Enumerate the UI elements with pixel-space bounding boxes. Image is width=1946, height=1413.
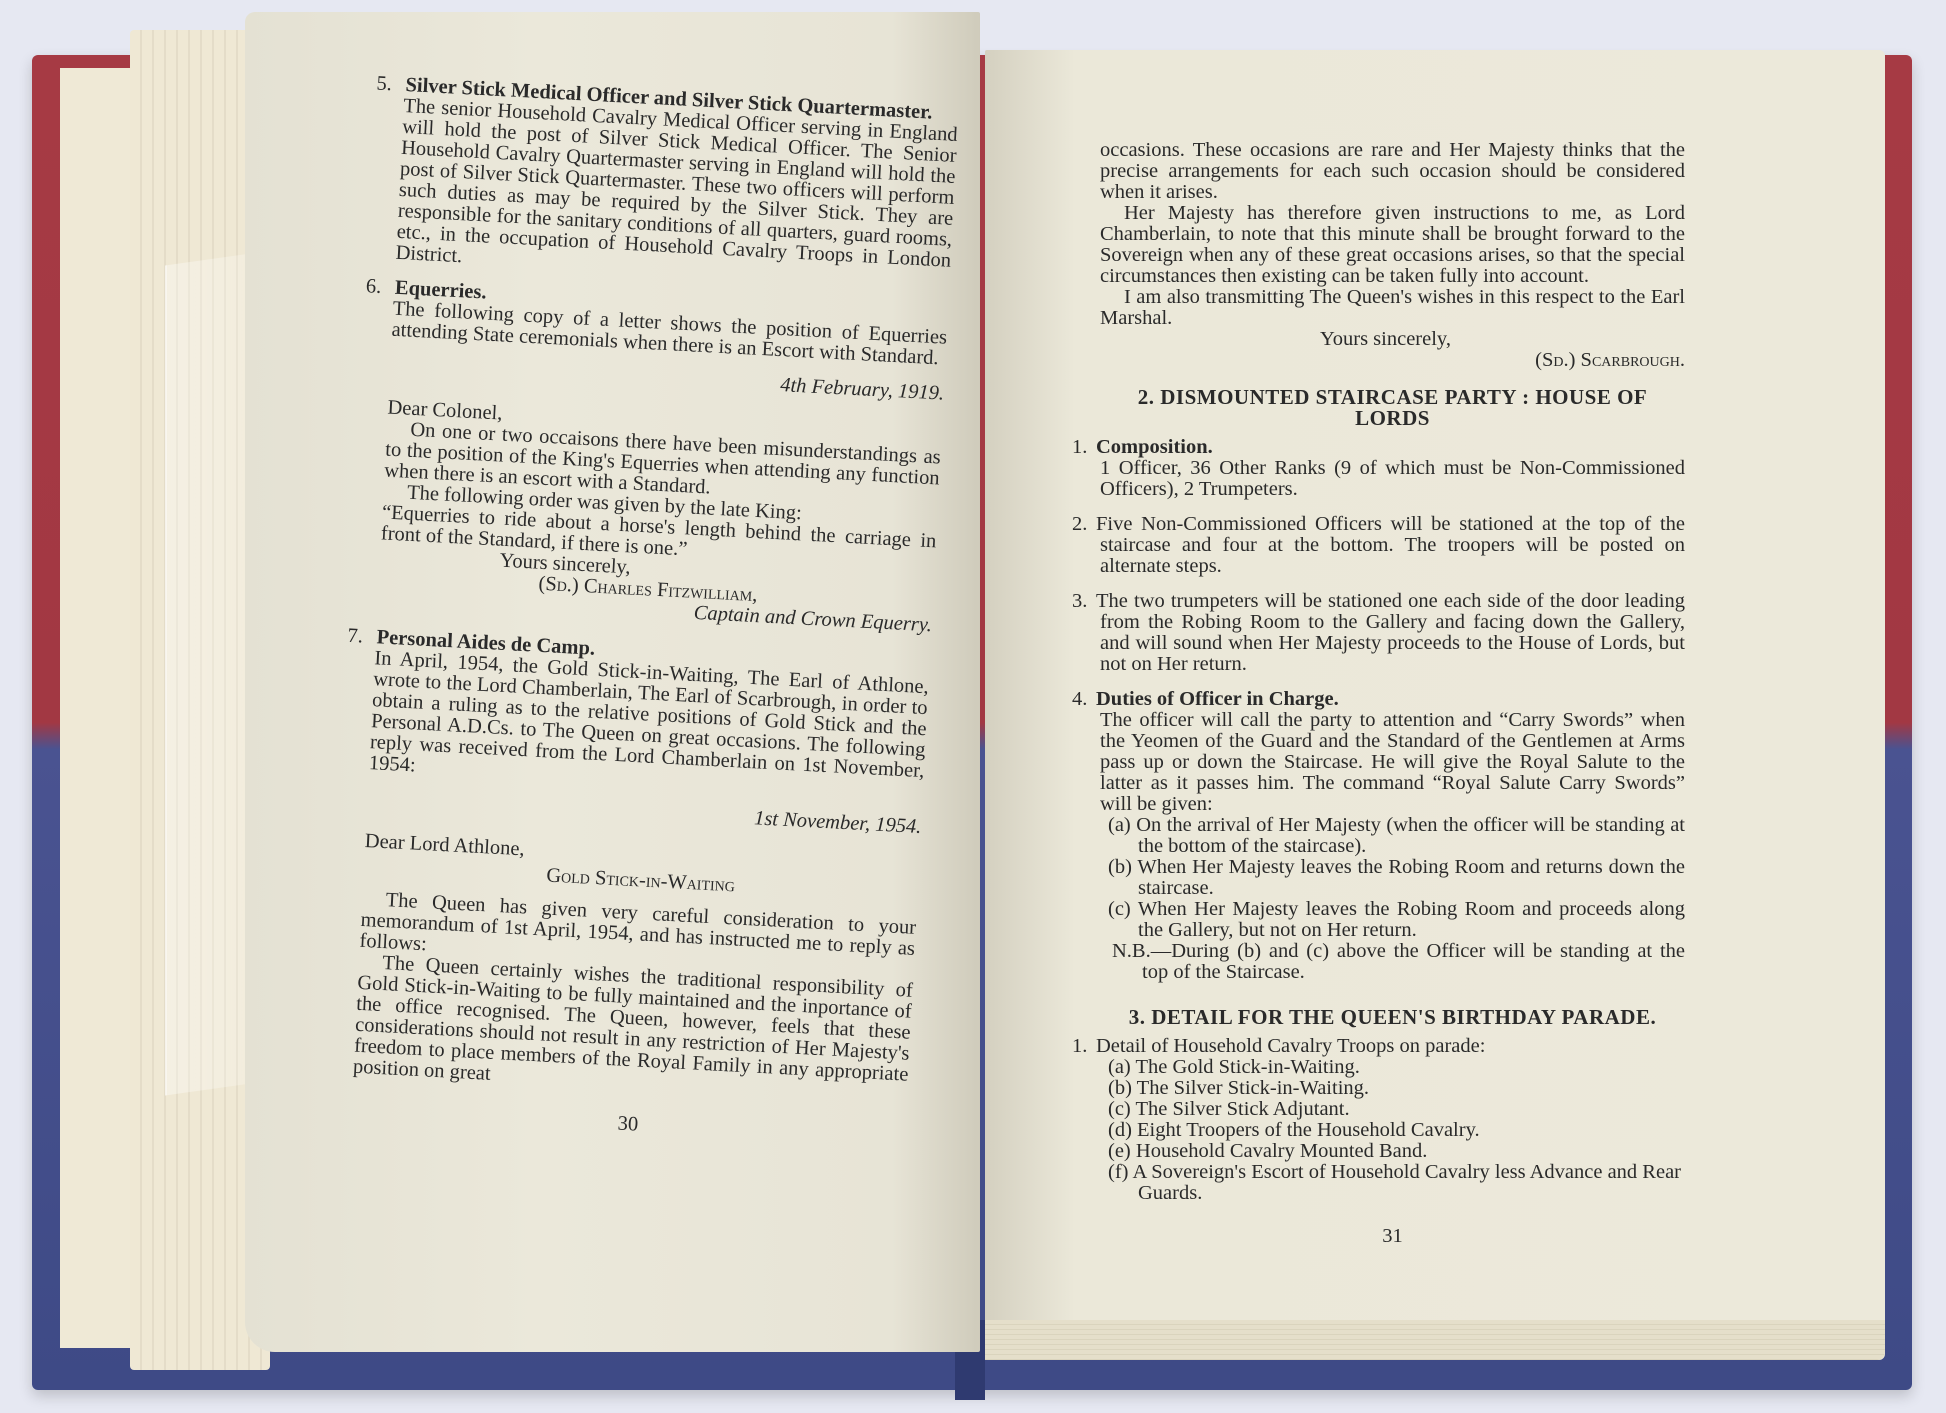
subitem-text: The Gold Stick-in-Waiting. [1136, 1056, 1360, 1078]
section-title: 3. DETAIL FOR THE QUEEN'S BIRTHDAY PARAD… [1100, 1007, 1685, 1028]
subitem-label: (c) [1108, 1098, 1131, 1120]
item-body: Detail of Household Cavalry Troops on pa… [1096, 1035, 1485, 1057]
subitem-label: (b) [1108, 1077, 1132, 1099]
letter-paragraph: Her Majesty has therefore given instruct… [1100, 203, 1685, 287]
section2-item-1: 1.Composition. 1 Officer, 36 Other Ranks… [1100, 437, 1685, 500]
item-body: The two trumpeters will be stationed one… [1096, 590, 1685, 675]
letter-paragraph: I am also transmitting The Queen's wishe… [1100, 287, 1685, 329]
item-6: 6. Equerries. The following copy of a le… [377, 278, 949, 637]
subitem-label: (f) [1108, 1161, 1128, 1183]
subitem-text: When Her Majesty leaves the Robing Room … [1138, 898, 1685, 941]
item-5: 5. Silver Stick Medical Officer and Silv… [395, 75, 959, 293]
letter-paragraph: occasions. These occasions are rare and … [1100, 140, 1685, 203]
left-page-text: 5. Silver Stick Medical Officer and Silv… [350, 75, 959, 1150]
note: N.B.—During (b) and (c) above the Office… [1112, 941, 1685, 983]
item-number: 1. [1072, 1036, 1096, 1057]
item-number: 3. [1072, 591, 1096, 612]
item-heading: Duties of Officer in Charge. [1096, 688, 1339, 710]
item-body: 1 Officer, 36 Other Ranks (9 of which mu… [1100, 458, 1685, 500]
subitem-label: (e) [1108, 1140, 1131, 1162]
item-body: In April, 1954, the Gold Stick-in-Waitin… [368, 648, 929, 803]
page-number: 31 [1100, 1226, 1685, 1247]
letter-signature: (Sd.) Scarbrough. [1100, 350, 1685, 371]
section-title: 2. DISMOUNTED STAIRCASE PARTY : HOUSE OF… [1100, 387, 1685, 429]
subitem-text: When Her Majesty leaves the Robing Room … [1137, 856, 1685, 899]
item-number: 2. [1072, 514, 1096, 535]
section2-item-2: 2.Five Non-Commissioned Officers will be… [1100, 514, 1685, 577]
letter-paragraph: The Queen certainly wishes the tradition… [352, 952, 913, 1107]
subitem-label: (b) [1108, 856, 1132, 878]
item-7: 7. Personal Aides de Camp. In April, 195… [352, 627, 930, 1106]
subitem-text: Household Cavalry Mounted Band. [1136, 1140, 1428, 1162]
item-number: 6. [365, 276, 390, 298]
page-stack-edges-right [985, 1320, 1885, 1360]
subitem-text: A Sovereign's Escort of Household Cavalr… [1132, 1161, 1681, 1204]
subitem-label: (c) [1108, 898, 1131, 920]
item-number: 7. [347, 626, 372, 648]
right-page-text: occasions. These occasions are rare and … [1100, 140, 1685, 1247]
subitem-label: (d) [1108, 1119, 1132, 1141]
subitem-label: (a) [1108, 814, 1131, 836]
item-heading: Composition. [1096, 436, 1213, 458]
section3-item-1: 1.Detail of Household Cavalry Troops on … [1100, 1036, 1685, 1204]
section2-item-4: 4.Duties of Officer in Charge. The offic… [1100, 689, 1685, 983]
item-body: The officer will call the party to atten… [1100, 710, 1685, 815]
item-number: 1. [1072, 437, 1096, 458]
item-body: The senior Household Cavalry Medical Off… [395, 96, 958, 293]
subitem-text: The Silver Stick-in-Waiting. [1137, 1077, 1369, 1099]
subitem-text: On the arrival of Her Majesty (when the … [1136, 814, 1685, 857]
subitem-text: The Silver Stick Adjutant. [1136, 1098, 1350, 1120]
section2-item-3: 3.The two trumpeters will be stationed o… [1100, 591, 1685, 675]
letter-closing: Yours sincerely, [1320, 329, 1685, 350]
item-number: 4. [1072, 689, 1096, 710]
subitem-label: (a) [1108, 1056, 1131, 1078]
item-body: Five Non-Commissioned Officers will be s… [1096, 513, 1685, 577]
subitem-text: Eight Troopers of the Household Cavalry. [1137, 1119, 1480, 1141]
item-number: 5. [376, 74, 401, 96]
